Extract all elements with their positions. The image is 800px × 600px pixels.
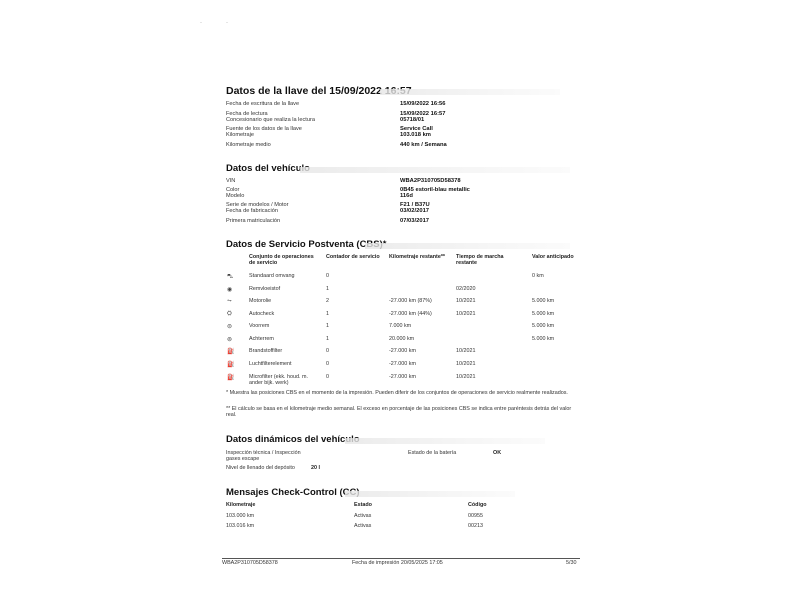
- footer-rule: [222, 558, 580, 559]
- scan-artifact: [300, 167, 570, 173]
- autocheck-icon: ⛭: [227, 311, 232, 318]
- field-value: 07/03/2017: [400, 218, 429, 224]
- cbs-counter: 1: [326, 286, 329, 292]
- cc-column-header: Código: [468, 502, 487, 508]
- field-label: Fecha de escritura de la llave: [226, 101, 299, 107]
- cbs-anticipated-value: 5.000 km: [532, 336, 554, 342]
- front-brake-icon: ⊜: [227, 323, 232, 330]
- cbs-counter: 0: [326, 361, 329, 367]
- cbs-anticipated-value: 5.000 km: [532, 323, 554, 329]
- cbs-remaining-km: -27.000 km (44%): [389, 311, 432, 317]
- field-value: 03/02/2017: [400, 208, 429, 214]
- cbs-anticipated-value: 0 km: [532, 273, 544, 279]
- field-label: Concesionario que realiza la lectura: [226, 117, 315, 123]
- footer-vin: WBA2P310705D58378: [222, 560, 278, 566]
- cbs-counter: 1: [326, 311, 329, 317]
- cbs-title: Datos de Servicio Postventa (CBS)*: [226, 239, 387, 250]
- cbs-counter: 0: [326, 374, 329, 380]
- cc-column-header: Kilometraje: [226, 502, 255, 508]
- cbs-service-name: Standaard omvang: [249, 273, 321, 279]
- cc-cell: Activas: [354, 513, 371, 519]
- field-value: 15/09/2022 16:56: [400, 101, 445, 107]
- cbs-service-name: Motorolie: [249, 298, 321, 304]
- cbs-note-2: ** El cálculo se basa en el kilometraje …: [226, 406, 576, 418]
- cbs-service-name: Voorrem: [249, 323, 321, 329]
- vehicle-data-title: Datos del vehículo: [226, 163, 310, 174]
- cbs-remaining-time: 10/2021: [456, 298, 476, 304]
- cbs-remaining-time: 10/2021: [456, 311, 476, 317]
- field-label: Kilometraje medio: [226, 142, 271, 148]
- scan-artifact: [345, 491, 515, 497]
- cbs-remaining-time: 10/2021: [456, 361, 476, 367]
- cbs-anticipated-value: 5.000 km: [532, 311, 554, 317]
- cbs-column-header: Tiempo de marcha restante: [456, 254, 524, 266]
- cbs-column-header: Conjunto de operaciones de servicio: [249, 254, 321, 266]
- cbs-service-name: Luchtfilterelement: [249, 361, 321, 367]
- tank-value: 20 l: [311, 465, 320, 471]
- cbs-service-name: Remvloeistof: [249, 286, 321, 292]
- brake-fluid-icon: ◉: [227, 286, 232, 293]
- cbs-remaining-km: -27.000 km: [389, 361, 416, 367]
- rear-brake-icon: ⊚: [227, 336, 232, 343]
- cc-cell: 103.016 km: [226, 523, 254, 529]
- cbs-counter: 1: [326, 336, 329, 342]
- vehicle-check-icon: ⛍: [227, 273, 233, 281]
- dynamic-data-title: Datos dinámicos del vehículo: [226, 434, 360, 445]
- field-label: VIN: [226, 178, 235, 184]
- cc-cell: 00955: [468, 513, 483, 519]
- cc-cell: Activas: [354, 523, 371, 529]
- cbs-counter: 2: [326, 298, 329, 304]
- cc-column-header: Estado: [354, 502, 372, 508]
- field-value: 440 km / Semana: [400, 142, 447, 148]
- cbs-anticipated-value: 5.000 km: [532, 298, 554, 304]
- cc-cell: 103.000 km: [226, 513, 254, 519]
- field-value: WBA2P310705D58378: [400, 178, 461, 184]
- cbs-service-name: Autocheck: [249, 311, 321, 317]
- cbs-counter: 0: [326, 348, 329, 354]
- cbs-service-name: Microfilter (ekk. houd. m. ander bijk. w…: [249, 374, 321, 386]
- cbs-remaining-time: 02/2020: [456, 286, 476, 292]
- tank-label: Nivel de llenado del depósito: [226, 465, 295, 471]
- field-value: 116d: [400, 193, 413, 199]
- cbs-remaining-km: -27.000 km (87%): [389, 298, 432, 304]
- field-label: Modelo: [226, 193, 244, 199]
- battery-value: OK: [493, 450, 501, 456]
- engine-oil-icon: ⥊: [227, 298, 232, 305]
- air-filter-icon: ⛽: [227, 361, 234, 368]
- scan-artifact: [380, 89, 560, 95]
- cbs-remaining-km: 7.000 km: [389, 323, 411, 329]
- cbs-remaining-km: -27.000 km: [389, 374, 416, 380]
- cbs-column-header: Valor anticipado: [532, 254, 612, 260]
- field-value: 05718/01: [400, 117, 424, 123]
- cbs-service-name: Achterrem: [249, 336, 321, 342]
- cbs-remaining-km: 20.000 km: [389, 336, 414, 342]
- document-page: ·· Datos de la llave del 15/09/2022 16:5…: [0, 0, 800, 600]
- cbs-counter: 1: [326, 323, 329, 329]
- scan-artifact: [345, 438, 545, 444]
- field-label: Kilometraje: [226, 132, 254, 138]
- field-label: Fecha de fabricación: [226, 208, 278, 214]
- field-label: Primera matriculación: [226, 218, 280, 224]
- inspection-label: Inspección técnica / Inspección gases es…: [226, 450, 316, 462]
- scan-artifact: [365, 243, 570, 249]
- fuel-filter-icon: ⛽: [227, 348, 234, 355]
- microfilter-icon: ⛽: [227, 374, 234, 381]
- cbs-remaining-km: -27.000 km: [389, 348, 416, 354]
- field-value: 103.018 km: [400, 132, 431, 138]
- battery-label: Estado de la batería: [408, 450, 456, 456]
- footer-page-number: 5/30: [566, 560, 577, 566]
- cc-cell: 00213: [468, 523, 483, 529]
- cbs-note-1: * Muestra las posiciones CBS en el momen…: [226, 390, 576, 396]
- cbs-remaining-time: 10/2021: [456, 374, 476, 380]
- footer-print-date: Fecha de impresión 20/05/2025 17:05: [352, 560, 443, 566]
- cbs-counter: 0: [326, 273, 329, 279]
- cc-title: Mensajes Check-Control (CC): [226, 487, 360, 498]
- cbs-service-name: Brandstoffilter: [249, 348, 321, 354]
- cbs-remaining-time: 10/2021: [456, 348, 476, 354]
